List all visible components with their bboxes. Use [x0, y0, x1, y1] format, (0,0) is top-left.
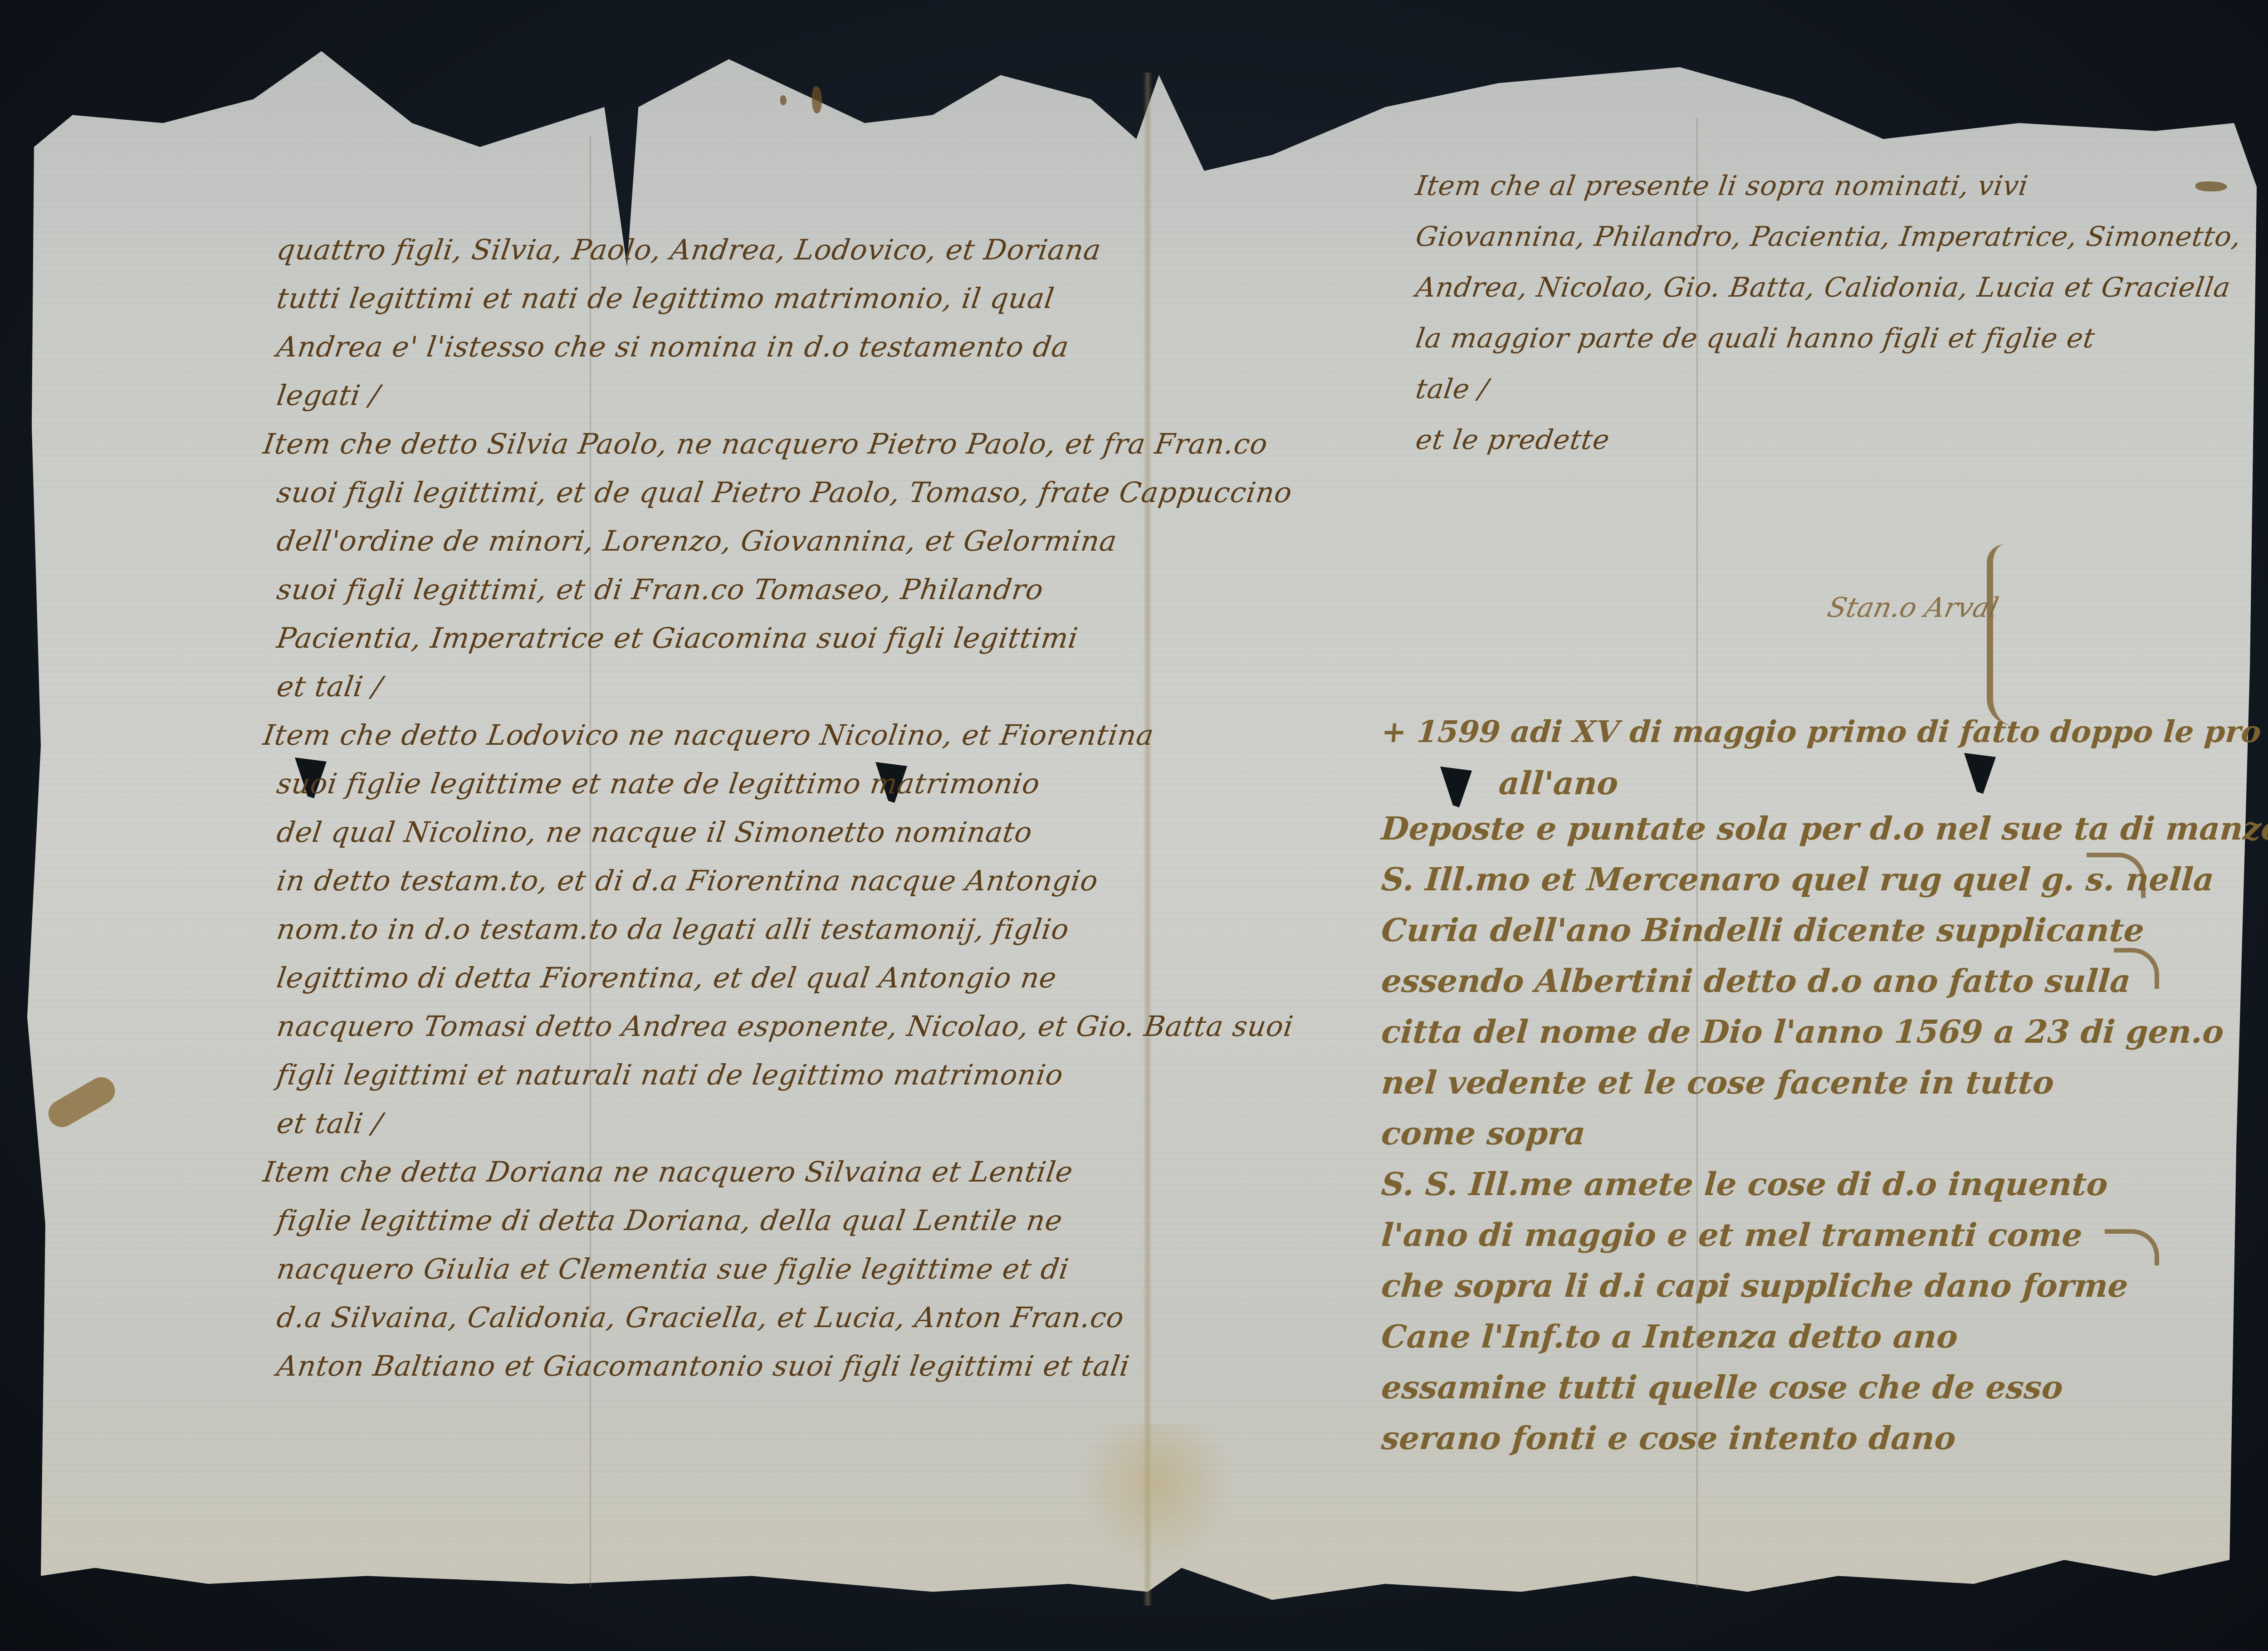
text-line: Item che detto Silvia Paolo, ne nacquero…	[259, 430, 1163, 479]
text-line: nacquero Giulia et Clementia sue figlie …	[272, 1255, 1163, 1304]
text-line: Item che detto Lodovico ne nacquero Nico…	[259, 721, 1163, 770]
text-line: Item che al presente li sopra nominati, …	[1411, 172, 2268, 223]
text-line: dell'ordine de minori, Lorenzo, Giovanni…	[272, 527, 1163, 576]
left-page-text: quattro figli, Silvia, Paolo, Andrea, Lo…	[272, 236, 1157, 1401]
text-line: figlie legittime di detta Doriana, della…	[272, 1206, 1163, 1255]
lower-annotation-block: + 1599 adi XV di maggio primo di fatto d…	[1379, 717, 2268, 1473]
text-line: et le predette	[1411, 426, 2268, 477]
text-line: suoi figlie legittime et nate de legitti…	[272, 770, 1163, 818]
dated-heading-continuation: all'ano	[1379, 767, 2268, 813]
text-line: S. S. Ill.me amete le cose di d.o inquen…	[1379, 1168, 2268, 1219]
notary-signature: Stan.o Arval	[1825, 592, 2002, 624]
water-stain	[1080, 1424, 1234, 1569]
text-line: Anton Baltiano et Giacomantonio suoi fig…	[272, 1352, 1163, 1401]
text-line: in detto testam.to, et di d.a Fiorentina…	[272, 867, 1163, 915]
text-line: et tali /	[272, 673, 1163, 721]
text-line: citta del nome de Dio l'anno 1569 a 23 d…	[1379, 1016, 2268, 1067]
line-flourish	[2087, 853, 2146, 898]
text-line: suoi figli legittimi, et de qual Pietro …	[272, 479, 1163, 527]
signature-flourish	[1987, 544, 2029, 726]
text-line: Cane l'Inf.to a Intenza detto ano	[1379, 1321, 2268, 1372]
text-line: et tali /	[272, 1109, 1163, 1158]
text-line: serano fonti e cose intento dano	[1379, 1422, 2268, 1473]
right-page-text: Item che al presente li sopra nominati, …	[1411, 172, 2263, 477]
text-line: del qual Nicolino, ne nacque il Simonett…	[272, 818, 1163, 867]
text-line: nacquero Tomasi detto Andrea esponente, …	[272, 1012, 1163, 1061]
text-line: Pacientia, Imperatrice et Giacomina suoi…	[272, 624, 1163, 673]
text-line: legittimo di detta Fiorentina, et del qu…	[272, 964, 1163, 1012]
text-line: come sopra	[1379, 1118, 2268, 1168]
text-line: suoi figli legittimi, et di Fran.co Toma…	[272, 576, 1163, 624]
text-line: figli legittimi et naturali nati de legi…	[272, 1061, 1163, 1109]
text-line: Andrea e' l'istesso che si nomina in d.o…	[272, 333, 1163, 381]
dated-heading: + 1599 adi XV di maggio primo di fatto d…	[1379, 717, 2268, 767]
text-line: Giovannina, Philandro, Pacientia, Impera…	[1411, 223, 2268, 274]
text-line: tutti legittimi et nati de legittimo mat…	[272, 284, 1163, 333]
ink-blot	[780, 95, 787, 105]
text-line: Item che detta Doriana ne nacquero Silva…	[259, 1158, 1163, 1206]
text-line: d.a Silvaina, Calidonia, Graciella, et L…	[272, 1304, 1163, 1352]
right-page-upper-section: Item che al presente li sopra nominati, …	[1411, 172, 2263, 477]
text-line: legati /	[272, 381, 1163, 430]
text-line: nel vedente et le cose facente in tutto	[1379, 1067, 2268, 1118]
text-line: nom.to in d.o testam.to da legati alli t…	[272, 915, 1163, 964]
text-line: la maggior parte de quali hanno figli et…	[1411, 325, 2268, 376]
text-line: che sopra li d.i capi suppliche dano for…	[1379, 1270, 2268, 1321]
text-line: Andrea, Nicolao, Gio. Batta, Calidonia, …	[1411, 274, 2268, 325]
text-line: tale /	[1411, 376, 2268, 426]
text-line: essamine tutti quelle cose che de esso	[1379, 1372, 2268, 1422]
text-line: quattro figli, Silvia, Paolo, Andrea, Lo…	[272, 236, 1163, 284]
text-line: Deposte e puntate sola per d.o nel sue t…	[1379, 813, 2268, 864]
